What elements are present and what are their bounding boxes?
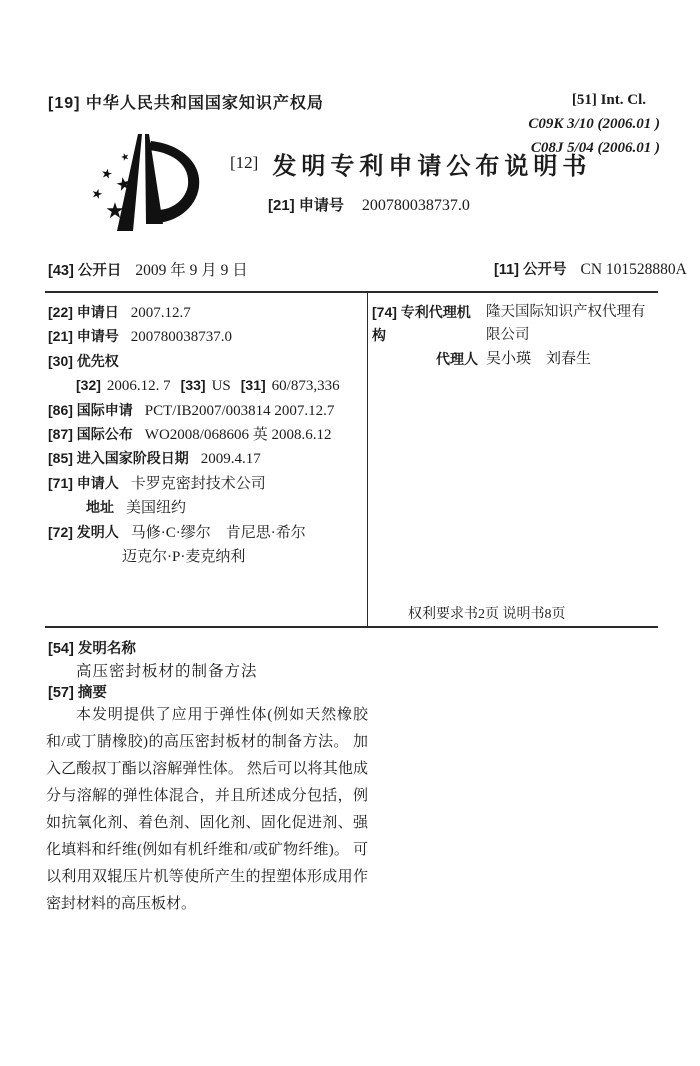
row-label: [22] 申请日: [48, 304, 119, 320]
biblio-row-international-publication: [87] 国际公布WO2008/068606 英 2008.6.12: [48, 423, 364, 447]
publication-date-label: [43] 公开日: [48, 263, 121, 279]
row-value: 卡罗克密封技术公司: [131, 476, 266, 492]
section-57-label: [57] 摘要: [48, 681, 107, 702]
row-label: [30] 优先权: [48, 353, 119, 369]
horizontal-rule-top: [45, 291, 658, 293]
star-icon: ★: [105, 199, 125, 224]
publication-number-row: [11] 公开号 CN 101528880A: [494, 258, 687, 279]
biblio-row-filing-date: [22] 申请日2007.12.7: [48, 301, 364, 325]
star-icon: ★: [99, 166, 114, 183]
row-label: [74] 专利代理机构: [372, 301, 478, 348]
row-value: 2009.4.17: [201, 451, 261, 467]
horizontal-rule-bottom: [45, 626, 658, 628]
row-value: 吴小瑛 刘春生: [486, 348, 591, 371]
row-label: [33]: [181, 377, 206, 393]
row-label: [71] 申请人: [48, 475, 119, 491]
star-icon: ★: [89, 186, 104, 204]
row-value: 60/873,336: [272, 378, 340, 394]
publication-date-value: 2009 年 9 月 9 日: [135, 262, 247, 279]
biblio-row-application-no: [21] 申请号200780038737.0: [48, 325, 364, 349]
biblio-row-national-phase-date: [85] 进入国家阶段日期2009.4.17: [48, 447, 364, 471]
publication-number-label: [11] 公开号: [494, 262, 567, 278]
application-number-value: 200780038737.0: [362, 197, 470, 214]
row-value: 迈克尔·P·麦克纳利: [122, 549, 245, 565]
application-number-label: [21] 申请号: [268, 197, 344, 214]
row-label: [32]: [76, 377, 101, 393]
row-label: [21] 申请号: [48, 328, 119, 344]
int-cl-entry-1: C09K 3/10 (2006.01 ): [528, 112, 660, 136]
row-label: [85] 进入国家阶段日期: [48, 450, 189, 466]
biblio-row-agent: [74] 专利代理机构 隆天国际知识产权代理有限公司: [372, 301, 658, 348]
row-label: [31]: [241, 377, 266, 393]
row-label: [86] 国际申请: [48, 402, 133, 418]
star-icon: ★: [119, 151, 131, 164]
publication-number-value: CN 101528880A: [581, 261, 687, 278]
invention-title: 高压密封板材的制备方法: [76, 659, 258, 681]
section-54-label: [54] 发明名称: [48, 637, 136, 658]
row-value: 200780038737.0: [131, 329, 232, 345]
row-value: US: [212, 378, 231, 394]
biblio-row-international-application: [86] 国际申请PCT/IB2007/003814 2007.12.7: [48, 399, 364, 423]
row-value: 2006.12. 7: [107, 378, 171, 394]
biblio-row-priority-detail: [32]2006.12. 7[33]US[31]60/873,336: [48, 374, 364, 398]
biblio-row-attorney: 代理人 吴小瑛 刘春生: [372, 348, 658, 371]
bibliography-left-column: [22] 申请日2007.12.7 [21] 申请号200780038737.0…: [48, 301, 364, 569]
row-value: WO2008/068606 英 2008.6.12: [145, 427, 332, 443]
row-value: 2007.12.7: [131, 305, 191, 321]
row-label: [72] 发明人: [48, 524, 119, 540]
abstract-text: 本发明提供了应用于弹性体(例如天然橡胶和/或丁腈橡胶)的高压密封板材的制备方法。…: [46, 702, 368, 918]
issuing-office-label: [19] 中华人民共和国国家知识产权局: [48, 90, 324, 113]
cnipa-logo-icon: ★ ★ ★ ★ ★: [66, 130, 208, 248]
row-value: 美国纽约: [126, 500, 186, 516]
application-number-row: [21] 申请号 200780038737.0: [268, 194, 470, 215]
biblio-row-applicant: [71] 申请人卡罗克密封技术公司: [48, 472, 364, 496]
biblio-row-priority: [30] 优先权: [48, 350, 364, 374]
row-label: 地址: [86, 499, 114, 515]
pages-note: 权利要求书2页 说明书8页: [408, 603, 566, 623]
doc-kind-title: 发明专利申请公布说明书: [272, 153, 591, 180]
row-label: [87] 国际公布: [48, 426, 133, 442]
publication-date-row: [43] 公开日 2009 年 9 月 9 日: [48, 258, 248, 280]
bibliography-right-column: [74] 专利代理机构 隆天国际知识产权代理有限公司 代理人 吴小瑛 刘春生: [372, 301, 658, 371]
biblio-row-inventors: [72] 发明人马修·C·缪尔 肯尼思·希尔: [48, 521, 364, 545]
int-cl-label: [51] Int. Cl.: [528, 88, 660, 112]
biblio-row-inventors-continued: 迈克尔·P·麦克纳利: [48, 545, 364, 569]
row-value: PCT/IB2007/003814 2007.12.7: [145, 403, 335, 419]
row-value: 马修·C·缪尔 肯尼思·希尔: [131, 525, 306, 541]
row-label: 代理人: [372, 348, 478, 371]
doc-kind-code: [12]: [230, 153, 258, 172]
biblio-row-address: 地址美国纽约: [48, 496, 364, 520]
doc-kind-row: [12] 发明专利申请公布说明书: [230, 146, 591, 181]
patent-front-page: [19] 中华人民共和国国家知识产权局 [51] Int. Cl. C09K 3…: [0, 0, 700, 1066]
row-value: 隆天国际知识产权代理有限公司: [486, 301, 658, 348]
column-divider: [367, 291, 368, 628]
